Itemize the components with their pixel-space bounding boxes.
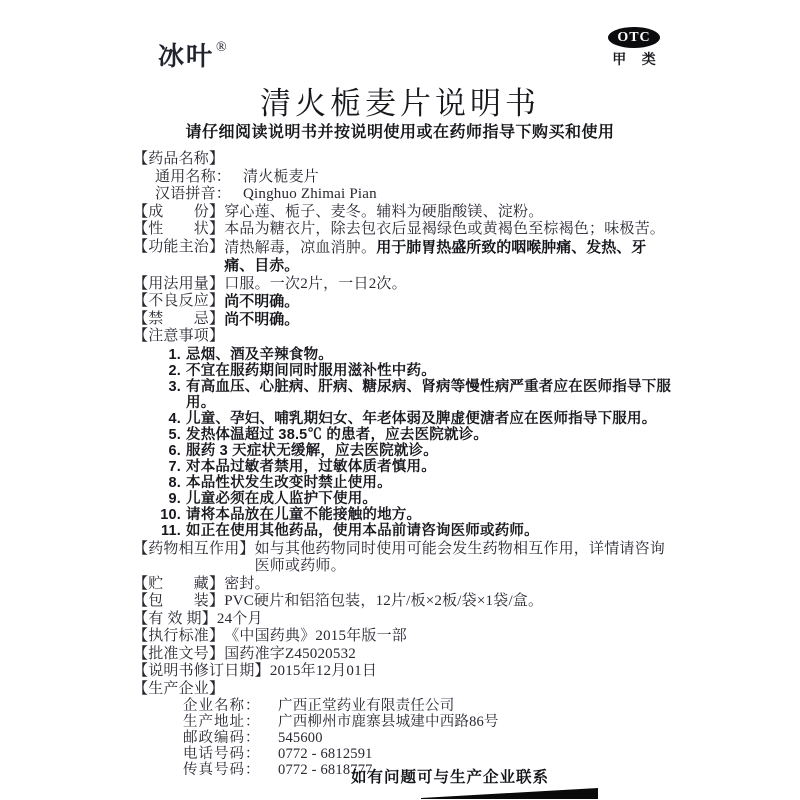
- row-label: 【不良反应】: [133, 293, 224, 311]
- precaution-item: 11.如正在使用其他药品，使用本品前请咨询医师或药师。: [133, 523, 675, 539]
- precaution-item: 2.不宜在服药期间同时服用滋补性中药。: [133, 363, 675, 379]
- otc-oval-icon: OTC: [608, 27, 660, 48]
- precaution-item: 8.本品性状发生改变时禁止使用。: [133, 475, 675, 491]
- precaution-number: 3.: [133, 379, 181, 411]
- precaution-item: 1.忌烟、酒及辛辣食物。: [133, 347, 675, 363]
- row-value: 545600: [278, 730, 675, 746]
- validity-row: 【有 效 期】 24个月: [133, 611, 675, 629]
- section-drug-name: 【药品名称】: [133, 151, 675, 169]
- manufacturer-row: 生产地址：广西柳州市鹿寨县城建中西路86号: [133, 714, 675, 730]
- row-value: Qinghuo Zhimai Pian: [243, 186, 675, 204]
- section-precautions: 【注意事项】: [133, 328, 675, 346]
- row-value: 如与其他药物同时使用可能会发生药物相互作用，详情请咨询医师或药师。: [255, 541, 675, 576]
- functions-row: 【功能主治】 清热解毒，凉血消肿。用于肺胃热盛所致的咽喉肿痛、发热、牙痛、目赤。: [133, 239, 675, 276]
- brand-name: 冰叶: [158, 42, 214, 71]
- precaution-item: 9.儿童必须在成人监护下使用。: [133, 491, 675, 507]
- packaging-row: 【包 装】 PVC硬片和铝箔包装，12片/板×2板/袋×1袋/盒。: [133, 593, 675, 611]
- precaution-number: 2.: [133, 363, 181, 379]
- precaution-number: 4.: [133, 411, 181, 427]
- precaution-number: 10.: [133, 507, 181, 523]
- row-value: 本品为糖衣片，除去包衣后显褐绿色或黄褐色至棕褐色；味极苦。: [224, 221, 675, 239]
- storage-row: 【贮 藏】 密封。: [133, 576, 675, 594]
- precaution-number: 9.: [133, 491, 181, 507]
- row-value: 24个月: [217, 611, 675, 629]
- row-label: 生产地址：: [183, 714, 278, 730]
- interactions-row: 【药物相互作用】 如与其他药物同时使用可能会发生药物相互作用，详情请咨询医师或药…: [133, 541, 675, 576]
- manufacturer-row: 邮政编码：545600: [133, 730, 675, 746]
- precaution-item: 6.服药 3 天症状无缓解，应去医院就诊。: [133, 443, 675, 459]
- section-label: 【注意事项】: [133, 328, 224, 346]
- precaution-item: 3.有高血压、心脏病、肝病、糖尿病、肾病等慢性病严重者应在医师指导下服用。: [133, 379, 675, 411]
- precaution-number: 6.: [133, 443, 181, 459]
- section-manufacturer: 【生产企业】: [133, 681, 675, 699]
- precaution-text: 对本品过敏者禁用，过敏体质者慎用。: [186, 459, 675, 475]
- precaution-number: 8.: [133, 475, 181, 491]
- precaution-text: 儿童、孕妇、哺乳期妇女、年老体弱及脾虚便溏者应在医师指导下服用。: [186, 411, 675, 427]
- row-value: 密封。: [224, 576, 675, 594]
- functions-normal-text: 清热解毒，凉血消肿。: [224, 240, 376, 256]
- row-label: 【药物相互作用】: [133, 541, 255, 576]
- precaution-number: 5.: [133, 427, 181, 443]
- precaution-number: 1.: [133, 347, 181, 363]
- otc-badge: OTC 甲 类: [604, 27, 664, 69]
- precaution-item: 5.发热体温超过 38.5℃ 的患者，应去医院就诊。: [133, 427, 675, 443]
- ingredients-row: 【成 份】 穿心莲、栀子、麦冬。辅料为硬脂酸镁、淀粉。: [133, 204, 675, 222]
- row-value: 清热解毒，凉血消肿。用于肺胃热盛所致的咽喉肿痛、发热、牙痛、目赤。: [224, 239, 675, 276]
- row-value: 广西柳州市鹿寨县城建中西路86号: [278, 714, 675, 730]
- row-label: 邮政编码：: [183, 730, 278, 746]
- row-value: 穿心莲、栀子、麦冬。辅料为硬脂酸镁、淀粉。: [224, 204, 675, 222]
- brand-logo: 冰叶®: [158, 36, 227, 73]
- row-label: 【贮 藏】: [133, 576, 224, 594]
- row-label: 【说明书修订日期】: [133, 663, 270, 681]
- row-label: 【功能主治】: [133, 239, 224, 276]
- row-label: 【批准文号】: [133, 646, 224, 664]
- approval-number-row: 【批准文号】 国药准字Z45020532: [133, 646, 675, 664]
- row-value: 口服。一次2片，一日2次。: [224, 276, 675, 294]
- manufacturer-row: 企业名称：广西正堂药业有限责任公司: [133, 698, 675, 714]
- description-row: 【性 状】 本品为糖衣片，除去包衣后显褐绿色或黄褐色至棕褐色；味极苦。: [133, 221, 675, 239]
- row-label: 通用名称：: [155, 169, 243, 187]
- row-label: 企业名称：: [183, 698, 278, 714]
- row-value: 清火栀麦片: [243, 169, 675, 187]
- row-value: 广西正堂药业有限责任公司: [278, 698, 675, 714]
- precaution-text: 发热体温超过 38.5℃ 的患者，应去医院就诊。: [186, 427, 675, 443]
- footer-note: 如有问题可与生产企业联系: [100, 765, 800, 787]
- manufacturer-row: 电话号码：0772 - 6812591: [133, 746, 675, 762]
- row-value: 国药准字Z45020532: [224, 646, 675, 664]
- row-label: 【成 份】: [133, 204, 224, 222]
- precaution-item: 7.对本品过敏者禁用，过敏体质者慎用。: [133, 459, 675, 475]
- row-label: 【执行标准】: [133, 628, 224, 646]
- row-label: 【包 装】: [133, 593, 224, 611]
- leaflet-page: 冰叶® OTC 甲 类 清火栀麦片说明书 请仔细阅读说明书并按说明使用或在药师指…: [0, 0, 800, 800]
- pinyin-row: 汉语拼音： Qinghuo Zhimai Pian: [133, 186, 675, 204]
- row-label: 【禁 忌】: [133, 311, 224, 329]
- row-label: 汉语拼音：: [155, 186, 243, 204]
- precaution-text: 本品性状发生改变时禁止使用。: [186, 475, 675, 491]
- row-label: 【有 效 期】: [133, 611, 217, 629]
- row-value: 尚不明确。: [224, 311, 675, 329]
- registered-trademark-icon: ®: [216, 40, 229, 55]
- row-value: 2015年12月01日: [270, 663, 675, 681]
- precaution-text: 有高血压、心脏病、肝病、糖尿病、肾病等慢性病严重者应在医师指导下服用。: [186, 379, 675, 411]
- row-label: 【用法用量】: [133, 276, 224, 294]
- row-label: 电话号码：: [183, 746, 278, 762]
- precaution-text: 请将本品放在儿童不能接触的地方。: [186, 507, 675, 523]
- precautions-list: 1.忌烟、酒及辛辣食物。2.不宜在服药期间同时服用滋补性中药。3.有高血压、心脏…: [133, 347, 675, 539]
- row-value: 0772 - 6812591: [278, 746, 675, 762]
- precaution-item: 4.儿童、孕妇、哺乳期妇女、年老体弱及脾虚便溏者应在医师指导下服用。: [133, 411, 675, 427]
- otc-class-label: 甲 类: [604, 49, 664, 69]
- contraindications-row: 【禁 忌】 尚不明确。: [133, 311, 675, 329]
- generic-name-row: 通用名称： 清火栀麦片: [133, 169, 675, 187]
- precaution-number: 11.: [133, 523, 181, 539]
- page-title: 清火栀麦片说明书: [0, 78, 800, 123]
- precaution-text: 儿童必须在成人监护下使用。: [186, 491, 675, 507]
- precaution-text: 忌烟、酒及辛辣食物。: [186, 347, 675, 363]
- precaution-number: 7.: [133, 459, 181, 475]
- dosage-row: 【用法用量】 口服。一次2片，一日2次。: [133, 276, 675, 294]
- standard-row: 【执行标准】 《中国药典》2015年版一部: [133, 628, 675, 646]
- precaution-item: 10.请将本品放在儿童不能接触的地方。: [133, 507, 675, 523]
- row-value: PVC硬片和铝箔包装，12片/板×2板/袋×1袋/盒。: [224, 593, 675, 611]
- row-value: 《中国药典》2015年版一部: [224, 628, 675, 646]
- section-label: 【药品名称】: [133, 151, 224, 169]
- page-subtitle: 请仔细阅读说明书并按说明使用或在药师指导下购买和使用: [0, 119, 800, 142]
- precaution-text: 如正在使用其他药品，使用本品前请咨询医师或药师。: [186, 523, 675, 539]
- precaution-text: 服药 3 天症状无缓解，应去医院就诊。: [186, 443, 675, 459]
- scan-artifact-wedge: [421, 787, 598, 799]
- row-label: 【性 状】: [133, 221, 224, 239]
- row-value: 尚不明确。: [224, 293, 675, 311]
- section-label: 【生产企业】: [133, 681, 224, 699]
- revision-date-row: 【说明书修订日期】 2015年12月01日: [133, 663, 675, 681]
- adverse-reactions-row: 【不良反应】 尚不明确。: [133, 293, 675, 311]
- precaution-text: 不宜在服药期间同时服用滋补性中药。: [186, 363, 675, 379]
- leaflet-body: 【药品名称】 通用名称： 清火栀麦片 汉语拼音： Qinghuo Zhimai …: [133, 151, 675, 778]
